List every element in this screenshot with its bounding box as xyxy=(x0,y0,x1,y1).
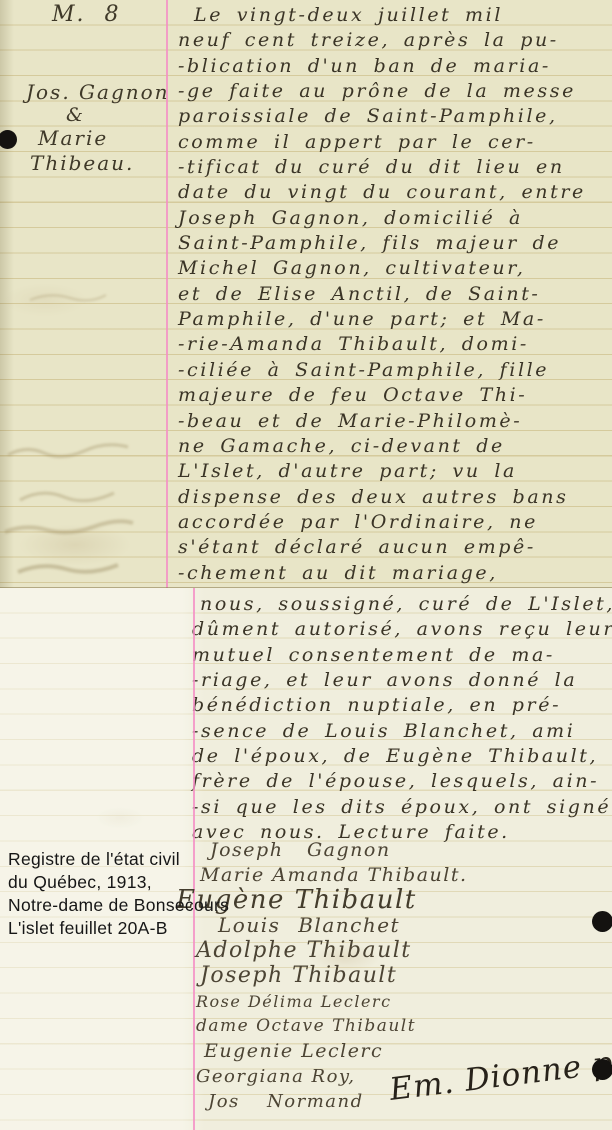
manuscript-line: -tificat du curé du dit lieu en xyxy=(178,155,586,180)
record-text-page-b: nous, soussigné, curé de L'Islet,dûment … xyxy=(192,592,612,845)
manuscript-line: frère de l'épouse, lesquels, ain- xyxy=(192,769,612,794)
manuscript-line: Michel Gagnon, cultivateur, xyxy=(178,256,586,281)
manuscript-line: L'Islet, d'autre part; vu la xyxy=(178,459,586,484)
manuscript-line: et de Elise Anctil, de Saint- xyxy=(178,282,586,307)
manuscript-line: -chement au dit mariage, xyxy=(178,561,586,586)
manuscript-line: -blication d'un ban de maria- xyxy=(178,54,586,79)
signature: Louis Blanchet xyxy=(196,913,468,938)
signature: Rose Délima Leclerc xyxy=(196,989,468,1014)
signature: dame Octave Thibault xyxy=(196,1014,468,1039)
signature: Adolphe Thibault xyxy=(196,938,468,963)
manuscript-line: de l'époux, de Eugène Thibault, xyxy=(192,744,612,769)
manuscript-line: accordée par l'Ordinaire, ne xyxy=(178,510,586,535)
caption-line: L'islet feuillet 20A-B xyxy=(8,917,229,940)
manuscript-line: dûment autorisé, avons reçu leur xyxy=(192,617,612,642)
manuscript-line: Saint-Pamphile, fils majeur de xyxy=(178,231,586,256)
manuscript-line: paroissiale de Saint-Pamphile, xyxy=(178,104,586,129)
manuscript-line: mutuel consentement de ma- xyxy=(192,643,612,668)
manuscript-line: neuf cent treize, après la pu- xyxy=(178,28,586,53)
manuscript-line: majeure de feu Octave Thi- xyxy=(178,383,586,408)
signature: Joseph Gagnon xyxy=(196,838,468,863)
caption-line: Registre de l'état civil xyxy=(8,848,229,871)
manuscript-line: date du vingt du courant, entre xyxy=(178,180,586,205)
hole-punch-right-upper xyxy=(592,911,612,932)
manuscript-line: -ciliée à Saint-Pamphile, fille xyxy=(178,358,586,383)
manuscript-line: nous, soussigné, curé de L'Islet, xyxy=(192,592,612,617)
manuscript-line: dispense des deux autres bans xyxy=(178,485,586,510)
manuscript-line: Le vingt-deux juillet mil xyxy=(178,3,586,28)
signature: Eugenie Leclerc xyxy=(196,1039,468,1064)
manuscript-line: -ge faite au prône de la messe xyxy=(178,79,586,104)
manuscript-line: -si que les dits époux, ont signé xyxy=(192,795,612,820)
signature: Joseph Thibault xyxy=(196,963,468,988)
manuscript-line: -sence de Louis Blanchet, ami xyxy=(192,719,612,744)
manuscript-line: comme il appert par le cer- xyxy=(178,130,586,155)
registry-page-scan: M. 8 Jos. Gagnon & Marie Thibeau. Le vin… xyxy=(0,0,612,1130)
manuscript-line: bénédiction nuptiale, en pré- xyxy=(192,693,612,718)
scan-page-a: M. 8 Jos. Gagnon & Marie Thibeau. Le vin… xyxy=(0,0,612,588)
manuscript-line: Joseph Gagnon, domicilié à xyxy=(178,206,586,231)
caption-line: du Québec, 1913, xyxy=(8,871,229,894)
manuscript-line: s'étant déclaré aucun empê- xyxy=(178,535,586,560)
ink-bleedthrough-marks xyxy=(0,0,170,588)
caption-line: Notre-dame de Bonsecours xyxy=(8,894,229,917)
record-text-page-a: Le vingt-deux juillet milneuf cent treiz… xyxy=(178,3,586,586)
manuscript-line: -beau et de Marie-Philomè- xyxy=(178,409,586,434)
hole-punch-right-lower xyxy=(592,1059,612,1080)
manuscript-line: -rie-Amanda Thibault, domi- xyxy=(178,332,586,357)
manuscript-line: ne Gamache, ci-devant de xyxy=(178,434,586,459)
manuscript-line: Pamphile, d'une part; et Ma- xyxy=(178,307,586,332)
manuscript-line: -riage, et leur avons donné la xyxy=(192,668,612,693)
archive-caption: Registre de l'état civildu Québec, 1913,… xyxy=(8,848,229,940)
